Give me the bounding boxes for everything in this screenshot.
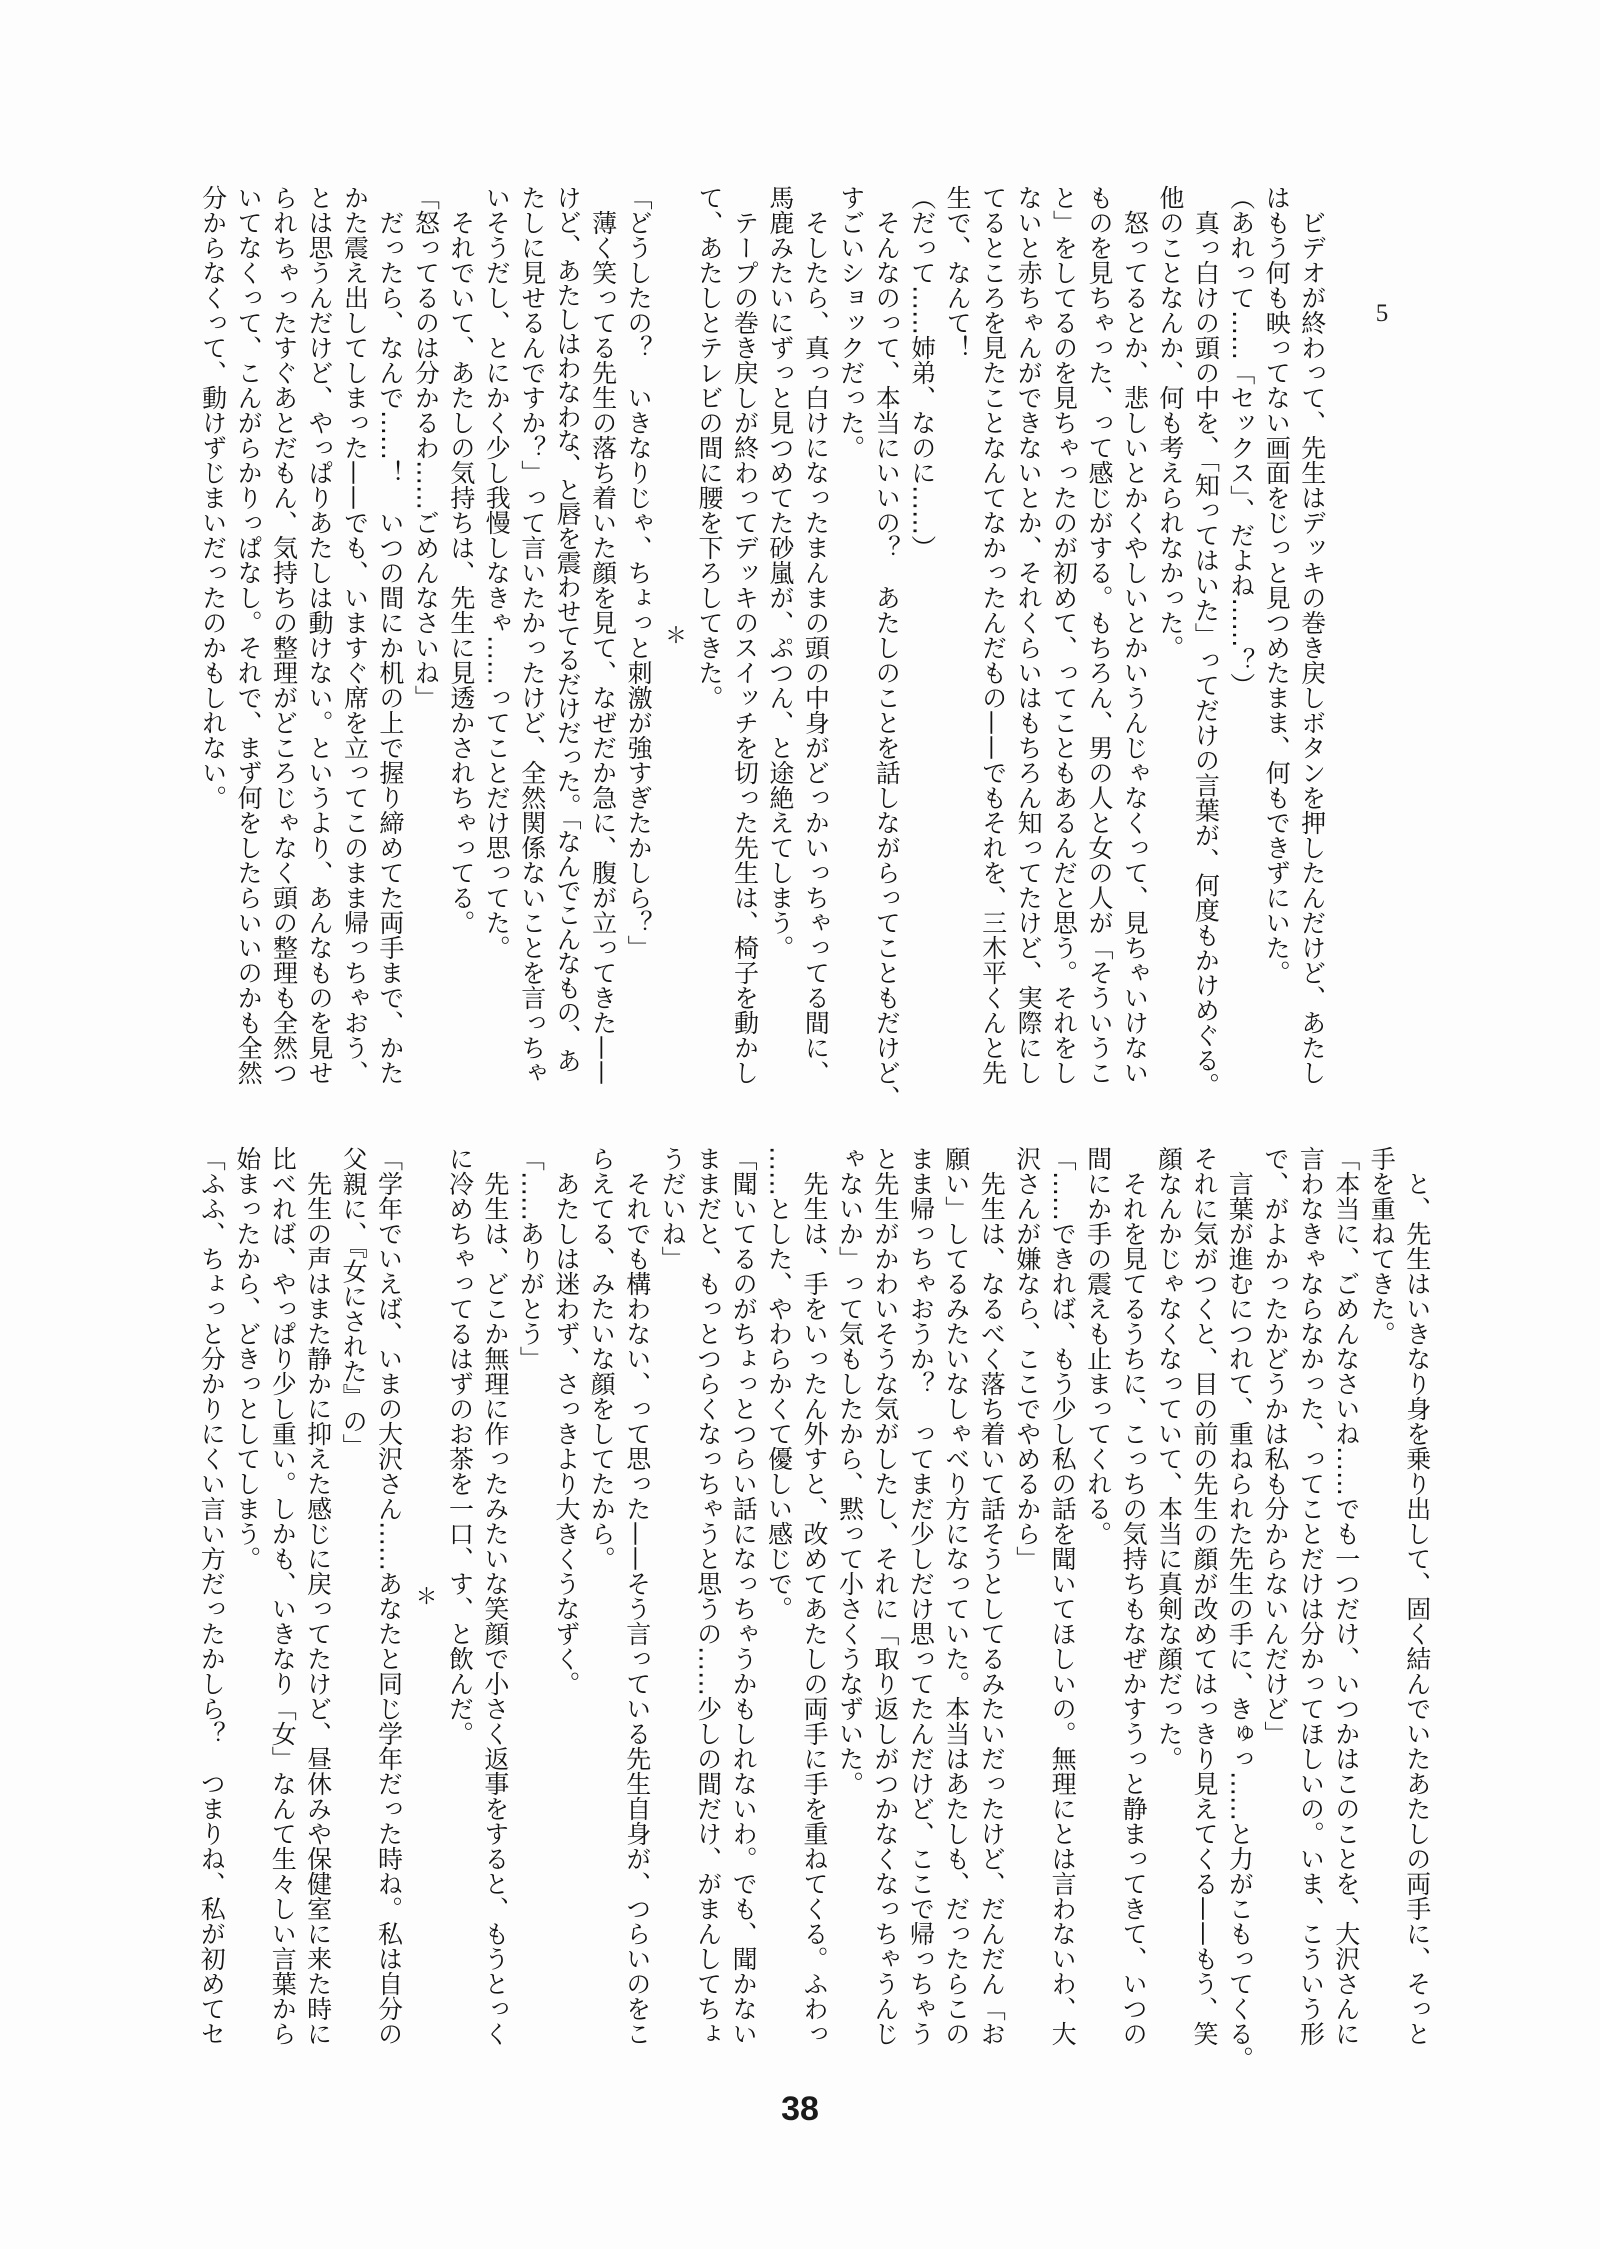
text-line: 先生は、なるべく落ち着いて話そうとしてるみたいだったけど、だんだん「お <box>974 1146 1009 2046</box>
text-line: ビデオが終わって、先生はデッキの巻き戻しボタンを押したんだけど、あたし <box>1294 185 1329 1085</box>
text-line: 願い」してるみたいなしゃべり方になっていた。本当はあたしも、だったらこの <box>938 1146 973 2046</box>
text-line: 「……ありがとう」 <box>513 1146 548 2046</box>
text-line: けど、あたしはわなわな、と唇を震わせてるだけだった。「なんでこんなもの、あ <box>550 185 585 1085</box>
text-line: 分からなくって、動けずじまいだったのかもしれない。 <box>195 185 230 1085</box>
text-line: らえてる、みたいな顔をしてたから。 <box>584 1146 619 2046</box>
text-line: 間にか手の震えも止まってくれる。 <box>1080 1146 1115 2046</box>
text-line: と、先生はいきなり身を乗り出して、固く結んでいたあたしの両手に、そっと <box>1399 1146 1434 2046</box>
text-line: ものを見ちゃった、って感じがする。もちろん、男の人と女の人が「そういうこ <box>1082 185 1117 1085</box>
text-line: うだいね」 <box>655 1146 690 2046</box>
text-line: とは思うんだけど、やっぱりあたしは動けない。というより、あんなものを見せ <box>302 185 337 1085</box>
upper-text-block: ビデオが終わって、先生はデッキの巻き戻しボタンを押したんだけど、あたし はもう何… <box>195 185 1330 1085</box>
text-line: すごいショックだった。 <box>833 185 868 1085</box>
text-line: 沢さんが嫌なら、ここでやめるから」 <box>1009 1146 1044 2046</box>
text-line: 「怒ってるのは分かるわ……ごめんなさいね」 <box>408 185 443 1085</box>
text-line: テープの巻き戻しが終わってデッキのスイッチを切った先生は、椅子を動かし <box>727 185 762 1085</box>
text-line: 真っ白けの頭の中を、「知ってはいた」ってだけの言葉が、何度もかけめぐる。 <box>1188 185 1223 1085</box>
text-line: ゃないか」って気もしたから、黙って小さくうなずいた。 <box>832 1146 867 2046</box>
text-line: 「……できれば、もう少し私の話を聞いてほしいの。無理にとは言わないわ、大 <box>1045 1146 1080 2046</box>
text-line: 顔なんかじゃなくなっていて、本当に真剣な顔だった。 <box>1151 1146 1186 2046</box>
text-line: 他のことなんか、何も考えられなかった。 <box>1152 185 1187 1085</box>
text-line: 先生は、手をいったん外すと、改めてあたしの両手に手を重ねてくる。ふわっ <box>797 1146 832 2046</box>
text-line: 「本当に、ごめんなさいね……でも一つだけ、いつかはこのことを、大沢さんに <box>1328 1146 1363 2046</box>
text-line: と先生がかわいそうな気がしたし、それに「取り返しがつかなくなっちゃうんじ <box>867 1146 902 2046</box>
text-line: ……とした、やわらかくて優しい感じで。 <box>761 1146 796 2046</box>
text-line: 「聞いてるのがちょっとつらい話になっちゃうかもしれないわ。でも、聞かない <box>726 1146 761 2046</box>
text-line: 言わなきゃならなかった、ってことだけは分かってほしいの。いま、こういう形 <box>1293 1146 1328 2046</box>
text-line: そしたら、真っ白けになったまんまの頭の中身がどっかいっちゃってる間に、 <box>798 185 833 1085</box>
text-line: 言葉が進むにつれて、重ねられた先生の手に、きゅっ……と力がこもってくる。 <box>1222 1146 1257 2046</box>
text-line: 馬鹿みたいにずっと見つめてた砂嵐が、ぷつん、と途絶えてしまう。 <box>762 185 797 1085</box>
text-line: 「どうしたの？ いきなりじゃ、ちょっと刺激が強すぎたかしら？」 <box>621 185 656 1085</box>
text-line: て、あたしとテレビの間に腰を下ろしてきた。 <box>692 185 727 1085</box>
text-line: 始まったから、どきっとしてしまう。 <box>229 1146 264 2046</box>
text-line: 手を重ねてきた。 <box>1364 1146 1399 2046</box>
text-line: ままだと、もっとつらくなっちゃうと思うの……少しの間だけ、がまんしてちょ <box>690 1146 725 2046</box>
text-line: 薄く笑ってる先生の落ち着いた顔を見て、なぜだか急に、腹が立ってきた—— <box>585 185 620 1085</box>
book-page-number: 38 <box>760 2089 840 2129</box>
lower-text-block: と、先生はいきなり身を乗り出して、固く結んでいたあたしの両手に、そっと 手を重ね… <box>194 1146 1435 2046</box>
text-line: 父親に、『女にされた』の」 <box>336 1146 371 2046</box>
text-line: で、がよかったかどうかは私も分からないんだけど」 <box>1257 1146 1292 2046</box>
text-line: 先生は、どこか無理に作ったみたいな笑顔で小さく返事をすると、もうとっく <box>477 1146 512 2046</box>
text-line: られちゃったすぐあとだもん、気持ちの整理がどころじゃなく頭の整理も全然つ <box>266 185 301 1085</box>
text-line: それでも構わない、って思った——そう言っている先生自身が、つらいのをこ <box>619 1146 654 2046</box>
text-line: ないと赤ちゃんができないとか、それくらいはもちろん知ってたけど、実際にし <box>1011 185 1046 1085</box>
story-page-number: 5 <box>1370 299 1394 329</box>
text-line: そんなのって、本当にいいの？ あたしのことを話しながらってこともだけど、 <box>869 185 904 1085</box>
text-line: たしに見せるんですか？」って言いたかったけど、全然関係ないことを言っちゃ <box>514 185 549 1085</box>
book-page: 5 ビデオが終わって、先生はデッキの巻き戻しボタンを押したんだけど、あたし はも… <box>0 0 1600 2249</box>
section-break-asterisk: ＊ <box>407 1146 442 2046</box>
text-line: あたしは迷わず、さっきより大きくうなずく。 <box>548 1146 583 2046</box>
text-line: 怒ってるとか、悲しいとかくやしいとかいうんじゃなくって、見ちゃいけない <box>1117 185 1152 1085</box>
text-line: それに気がつくと、目の前の先生の顔が改めてはっきり見えてくる——もう、笑 <box>1187 1146 1222 2046</box>
text-line: 「ふふ、ちょっと分かりにくい言い方だったかしら？ つまりね、私が初めてセ <box>194 1146 229 2046</box>
text-line: 生で、なんて！ <box>940 185 975 1085</box>
text-line: 「学年でいえば、いまの大沢さん……あなたと同じ学年だった時ね。私は自分の <box>371 1146 406 2046</box>
text-line: 比べれば、やっぱり少し重い。しかも、いきなり「女」なんて生々しい言葉から <box>265 1146 300 2046</box>
text-line: に冷めちゃってるはずのお茶を一口、す、と飲んだ。 <box>442 1146 477 2046</box>
text-line: いそうだし、とにかく少し我慢しなきゃ……ってことだけ思ってた。 <box>479 185 514 1085</box>
text-line: （だって……姉弟、なのに……） <box>904 185 939 1085</box>
text-line: はもう何も映ってない画面をじっと見つめたまま、何もできずにいた。 <box>1259 185 1294 1085</box>
text-line: と」をしてるのを見ちゃったのが初めて、ってこともあるんだと思う。それをし <box>1046 185 1081 1085</box>
text-line: だったら、なんで……！ いつの間にか机の上で握り締めてた両手まで、かた <box>372 185 407 1085</box>
section-break-asterisk: ＊ <box>656 185 691 1085</box>
text-line: まま帰っちゃおうか？ ってまだ少しだけ思ってたんだけど、ここで帰っちゃう <box>903 1146 938 2046</box>
text-line: それでいて、あたしの気持ちは、先生に見透かされちゃってる。 <box>443 185 478 1085</box>
text-line: 先生の声はまた静かに抑えた感じに戻ってたけど、昼休みや保健室に来た時に <box>300 1146 335 2046</box>
text-line: てるところを見たことなんてなかったんだもの——でもそれを、三木平くんと先 <box>975 185 1010 1085</box>
text-line: いてなくって、こんがらかりっぱなし。それで、まず何をしたらいいのかも全然 <box>231 185 266 1085</box>
text-line: （あれって……「セックス」、だよね……？） <box>1223 185 1258 1085</box>
text-line: それを見てるうちに、こっちの気持ちもなぜかすうっと静まってきて、いつの <box>1116 1146 1151 2046</box>
text-line: かた震え出してしまった——でも、いますぐ席を立ってこのまま帰っちゃおう、 <box>337 185 372 1085</box>
